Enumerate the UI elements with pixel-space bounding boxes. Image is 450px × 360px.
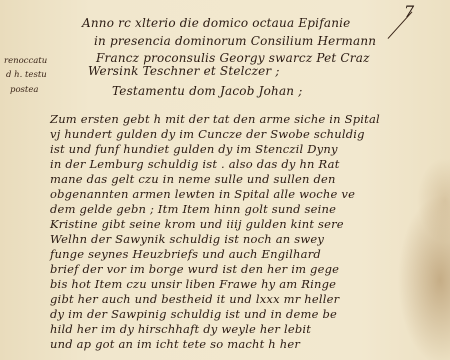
body-line: vj hundert gulden dy im Cuncze der Swobe… [50, 127, 365, 141]
body-line: Zum ersten gebt h mit der tat den arme s… [50, 112, 380, 126]
heading-line-4: Wersink Teschner et Stelczer ; [88, 64, 280, 78]
body-line: funge seynes Heuzbriefs und auch Engilha… [50, 247, 321, 261]
body-line: ist und funf hundiet gulden dy im Stencz… [50, 142, 338, 156]
body-line: obgenannten armen lewten in Spital alle … [50, 187, 355, 201]
body-line: mane das gelt czu in neme sulle und sull… [50, 172, 336, 186]
body-line: brief der vor im borge wurd ist den her … [50, 262, 339, 276]
body-line: Welhn der Sawynik schuldig ist noch an s… [50, 232, 324, 246]
margin-note-3: postea [10, 85, 38, 96]
heading-line-1: Anno rc xlterio die domico octaua Epifan… [82, 16, 350, 30]
body-line: dy im der Sawpinig schuldig ist und in d… [50, 307, 337, 321]
body-line: in der Lemburg schuldig ist . also das d… [50, 157, 340, 171]
body-line: gibt her auch und bestheid it und lxxx m… [50, 292, 339, 306]
body-line: dem gelde gebn ; Itm Item hinn golt sund… [50, 202, 336, 216]
heading-line-3: Francz proconsulis Georgy swarcz Pet Cra… [96, 51, 370, 65]
heading-line-2: in presencia dominorum Consilium Hermann [94, 34, 376, 48]
margin-note-1: renoccatu [4, 56, 47, 67]
body-line: Kristine gibt seine krom und iiij gulden… [50, 217, 344, 231]
body-line: bis hot Item czu unsir liben Frawe hy am… [50, 277, 336, 291]
body-line: hild her im dy hirschhaft dy weyle her l… [50, 322, 311, 336]
body-line: und ap got an im icht tete so macht h he… [50, 337, 300, 351]
document-title: Testamentu dom Jacob Johan ; [112, 84, 303, 98]
margin-note-2: d h. testu [6, 70, 47, 81]
